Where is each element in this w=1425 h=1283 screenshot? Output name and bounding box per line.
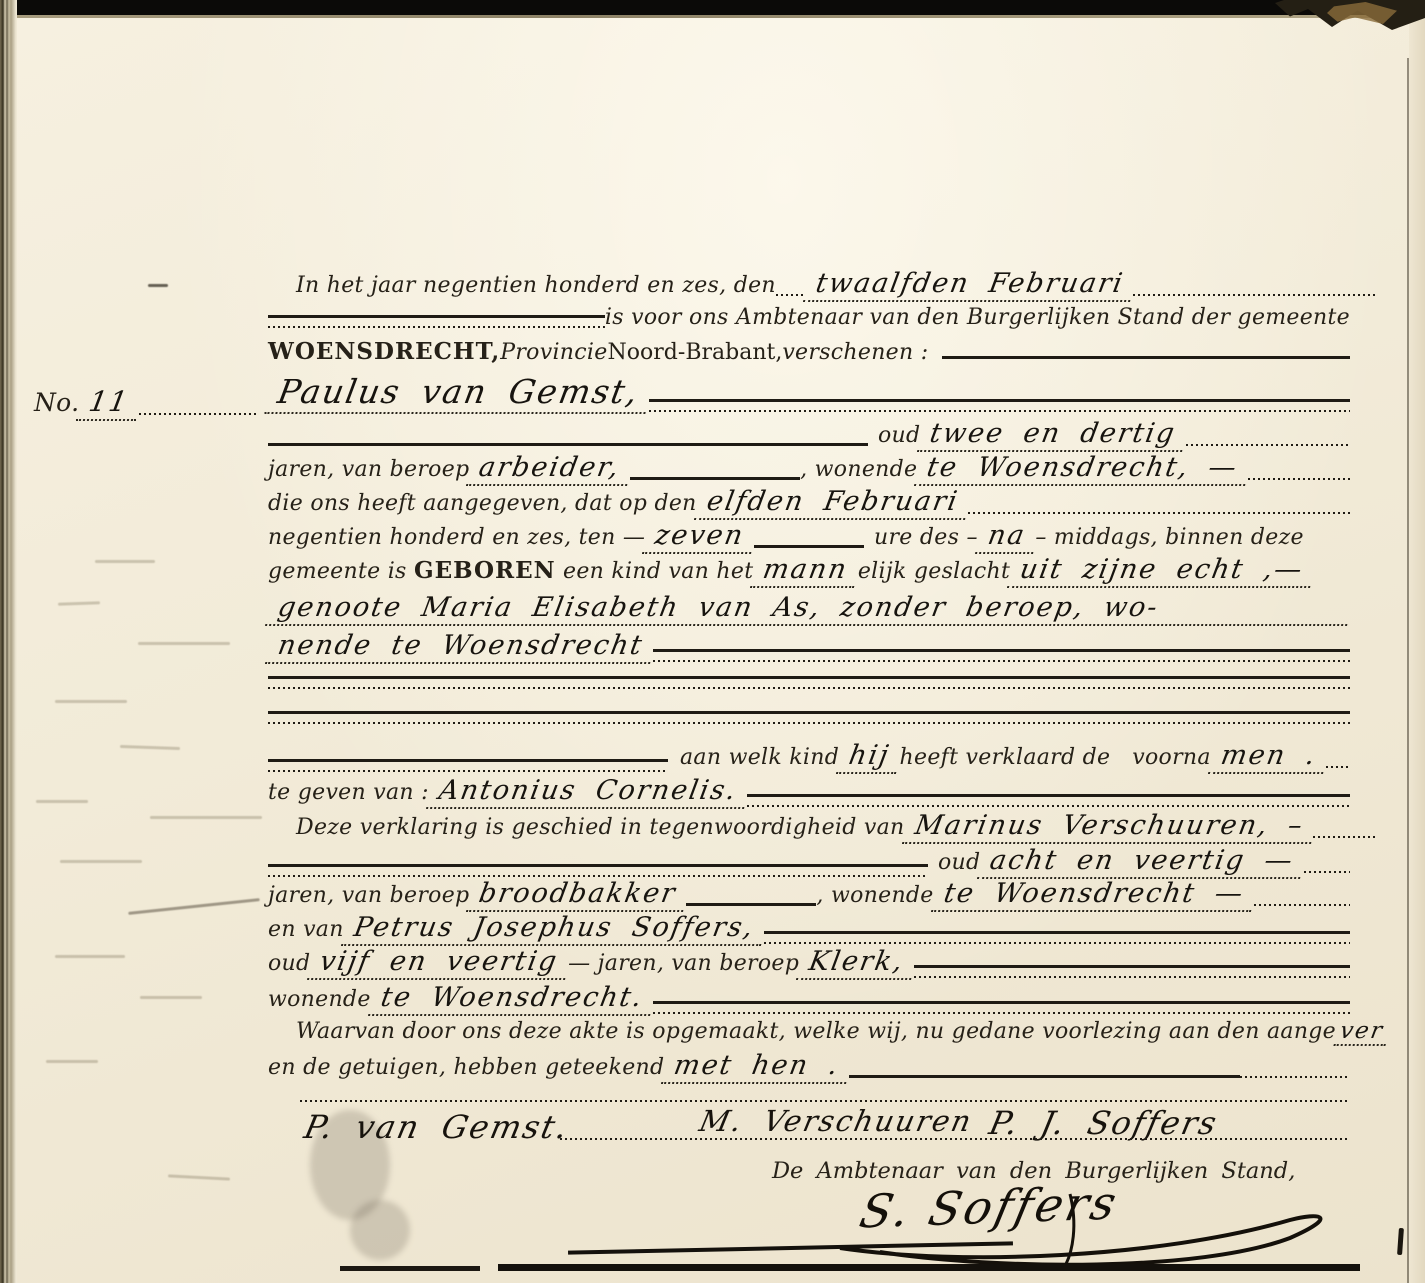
hw-witness2-name: Petrus Josephus Soffers, [341, 912, 767, 946]
hw-act-date: twaalfden Februari [803, 268, 1136, 302]
printed-geteekend: en de getuigen, hebben geteekend [268, 1055, 664, 1080]
pen-tick-mark [1397, 1228, 1404, 1255]
struck-blank-fill [268, 676, 1350, 689]
hw-witness2-age: vijf en veertig [307, 946, 571, 980]
form-line-witness2-age: oud vijf en veertig — jaren, van beroep … [268, 946, 1350, 980]
dotted-fill [968, 512, 1350, 514]
form-line-declarant-name: Paulus van Gemst, [268, 372, 1350, 414]
dotted-fill [776, 294, 806, 296]
dotted-fill [300, 1100, 1350, 1102]
scan-top-edge [0, 0, 1425, 15]
bleedthrough-mark [168, 1174, 230, 1180]
form-line-child-names: te geven van : Antonius Cornelis. [268, 775, 1350, 809]
dotted-fill [1254, 904, 1350, 906]
form-line-names-clause: aan welk kind hij heeft verklaard de voo… [268, 740, 1350, 774]
hw-mother-name: genoote Maria Elisabeth van As, zonder b… [265, 592, 1353, 626]
printed-verschenen: verschenen : [782, 340, 928, 365]
bleedthrough-mark [138, 642, 230, 645]
hw-witness2-residence: te Woensdrecht. [368, 982, 656, 1016]
printed-year-phrase: In het jaar negentien honderd en zes, de… [296, 273, 776, 298]
bleedthrough-mark [120, 745, 180, 750]
hw-witness1-age: acht en veertig — [977, 845, 1306, 879]
bleedthrough-mark [60, 860, 142, 863]
struck-blank-fill [268, 711, 1350, 724]
hw-na-middags: na [975, 520, 1038, 554]
act-number-label: No. [34, 388, 79, 417]
dotted-fill [1248, 478, 1350, 480]
struck-blank-fill [649, 399, 1350, 412]
dotted-fill [560, 1138, 1350, 1140]
act-number-value: 11 [76, 385, 142, 421]
struck-blank-fill [268, 864, 928, 877]
form-line-closing-2: en de getuigen, hebben geteekend met hen… [268, 1050, 1350, 1084]
paper-top-edge [0, 15, 1425, 18]
dotted-fill [1240, 1076, 1350, 1078]
page-fold-line [1407, 58, 1409, 1283]
struck-blank-fill [764, 931, 1350, 944]
bleedthrough-mark [55, 955, 125, 958]
form-line-witness2-residence: wonende te Woensdrecht. [268, 982, 1350, 1016]
printed-officer-intro: is voor ons Ambtenaar van den Burgerlijk… [605, 305, 1350, 330]
printed-verklaard: heeft verklaard de voorna [900, 745, 1211, 770]
printed-tegenwoordigheid: Deze verklaring is geschied in tegenwoor… [296, 815, 905, 840]
act-number: No. 11 [34, 385, 264, 421]
province-name: Noord-Brabant, [608, 340, 783, 365]
printed-oud-3: oud [268, 951, 310, 976]
struck-blank-fill [914, 965, 1350, 978]
printed-aan-welk-kind: aan welk kind [668, 745, 839, 770]
hw-birth-hour: zeven [642, 520, 757, 554]
dotted-fill [1133, 294, 1378, 296]
dotted-fill [1304, 871, 1350, 873]
printed-waarvan: Waarvan door ons deze akte is opgemaakt,… [296, 1019, 1336, 1044]
form-line-witness1-profession: jaren, van beroep broodbakker , wonende … [268, 878, 1350, 912]
form-line-blank-2 [268, 711, 1350, 726]
hw-declarant-name: Paulus van Gemst, [264, 372, 652, 414]
hw-declarant-age: twee en dertig [917, 418, 1188, 452]
printed-wonende-2: , wonende [816, 883, 933, 908]
printed-beroep-2: jaren, van beroep [268, 883, 469, 908]
form-line-mother-residence: nende te Woensdrecht [268, 630, 1350, 664]
struck-blank-fill [653, 649, 1350, 662]
hw-hij: hij [836, 740, 902, 774]
hw-birth-date: elfden Februari [694, 486, 971, 520]
hw-witness2-profession: Klerk, [796, 946, 917, 980]
bleedthrough-mark [95, 560, 155, 563]
printed-beroep-3: — jaren, van beroep [568, 951, 799, 976]
printed-wonende-3: wonende [268, 987, 371, 1012]
bleedthrough-mark [58, 601, 100, 605]
bleedthrough-mark [148, 284, 168, 287]
form-line-year: In het jaar negentien honderd en zes, de… [268, 268, 1378, 302]
signature-declarant: P. van Gemst. [301, 1108, 573, 1146]
bottom-rule-left [340, 1266, 480, 1271]
form-line-closing-1: Waarvan door ons deze akte is opgemaakt,… [268, 1018, 1378, 1046]
hw-aangever-suffix: ver [1334, 1018, 1391, 1046]
form-line-age: oud twee en dertig [268, 418, 1350, 452]
printed-kind-van-het: een kind van het [556, 559, 754, 584]
hw-met-hen: met hen . [661, 1050, 852, 1084]
printed-geslacht: elijk geslacht [858, 559, 1010, 584]
province-label: Provincie [500, 340, 607, 365]
form-line-birth-hour: negentien honderd en zes, ten — zeven ur… [268, 520, 1350, 554]
printed-hour-phrase: negentien honderd en zes, ten — [268, 525, 645, 550]
dotted-fill [139, 413, 259, 415]
birth-certificate-page: No. 11 In het jaar negentien honderd en … [0, 0, 1425, 1283]
hw-gender: mann [750, 554, 860, 588]
bleedthrough-mark [150, 816, 262, 819]
hw-declarant-profession: arbeider, [466, 452, 633, 486]
form-line-mother: genoote Maria Elisabeth van As, zonder b… [268, 592, 1350, 626]
printed-oud: oud [868, 423, 920, 448]
solid-fill [754, 545, 864, 548]
signature-witness1: M. Verschuuren [696, 1104, 976, 1138]
form-line-declaration-date: die ons heeft aangegeven, dat op den elf… [268, 486, 1350, 520]
form-line-blank-1 [268, 676, 1350, 691]
dotted-fill [1326, 766, 1350, 768]
hw-men: men . [1208, 740, 1329, 774]
hw-witness1-name: Marinus Verschuuren, – [902, 810, 1316, 844]
struck-blank-fill [268, 315, 605, 328]
solid-fill [849, 1075, 1240, 1078]
printed-oud-2: oud [928, 850, 980, 875]
form-line-profession: jaren, van beroep arbeider, , wonende te… [268, 452, 1350, 486]
printed-wonende: , wonende [800, 457, 917, 482]
dotted-fill [1313, 836, 1378, 838]
form-line-officer-intro: is voor ons Ambtenaar van den Burgerlijk… [268, 305, 1350, 330]
page-right-strip [1409, 18, 1425, 1283]
form-line-witness2-name: en van Petrus Josephus Soffers, [268, 912, 1350, 946]
printed-te-geven-van: te geven van : [268, 780, 429, 805]
struck-blank-fill [268, 759, 668, 772]
signature-flourish [820, 1186, 1380, 1266]
hw-uit-zijne-echt: uit zijne echt ,— [1007, 554, 1316, 588]
form-line-witness1-age: oud acht en veertig — [268, 845, 1350, 879]
solid-fill [268, 443, 868, 446]
hw-witness1-profession: broodbakker [466, 878, 689, 912]
printed-en-van: en van [268, 917, 344, 942]
book-binding-edge [0, 0, 17, 1283]
signature-witness2: P. J. Soffers [986, 1104, 1222, 1142]
printed-ure-des: ure des – [874, 525, 978, 550]
bottom-rule [498, 1264, 1360, 1271]
bleedthrough-mark [128, 898, 260, 915]
bleedthrough-mark [140, 996, 202, 999]
solid-fill [686, 903, 816, 906]
bleedthrough-mark [36, 800, 88, 803]
form-line-witness-intro: Deze verklaring is geschied in tegenwoor… [268, 810, 1378, 844]
pencil-smudge [350, 1200, 410, 1260]
solid-fill [630, 477, 800, 480]
bleedthrough-mark [46, 1060, 98, 1063]
struck-blank-fill [653, 1001, 1350, 1014]
hw-child-names: Antonius Cornelis. [426, 775, 750, 809]
form-line-geboren: gemeente is GEBOREN een kind van het man… [268, 554, 1350, 588]
dotted-fill [1186, 444, 1350, 446]
form-line-municipality: WOENSDRECHT, Provincie Noord-Brabant, ve… [268, 338, 1350, 365]
printed-aangegeven: die ons heeft aangegeven, dat op den [268, 491, 697, 516]
solid-fill [942, 356, 1350, 359]
printed-beroep: jaren, van beroep [268, 457, 469, 482]
municipality-name: WOENSDRECHT, [268, 338, 500, 365]
hw-witness1-residence: te Woensdrecht — [931, 878, 1257, 912]
printed-geboren: GEBOREN [414, 557, 556, 584]
hw-declarant-residence: te Woensdrecht, — [914, 452, 1251, 486]
bleedthrough-mark [55, 700, 127, 703]
printed-middags: – middags, binnen deze [1035, 525, 1303, 550]
struck-blank-fill [747, 794, 1350, 807]
printed-gemeente-is: gemeente is [268, 559, 414, 584]
hw-mother-residence: nende te Woensdrecht [265, 630, 656, 664]
